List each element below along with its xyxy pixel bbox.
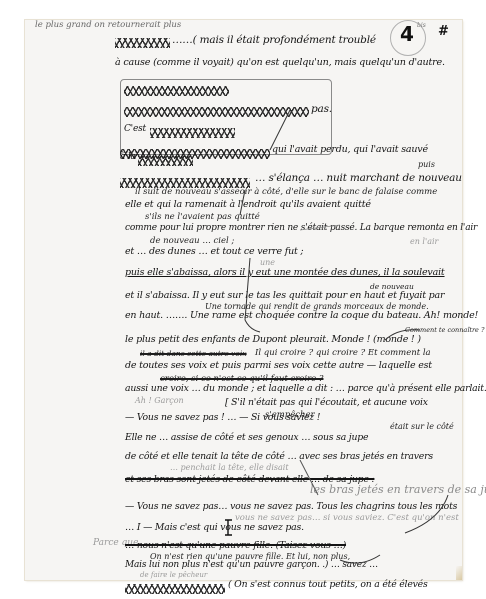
revision-strokes bbox=[0, 0, 486, 599]
